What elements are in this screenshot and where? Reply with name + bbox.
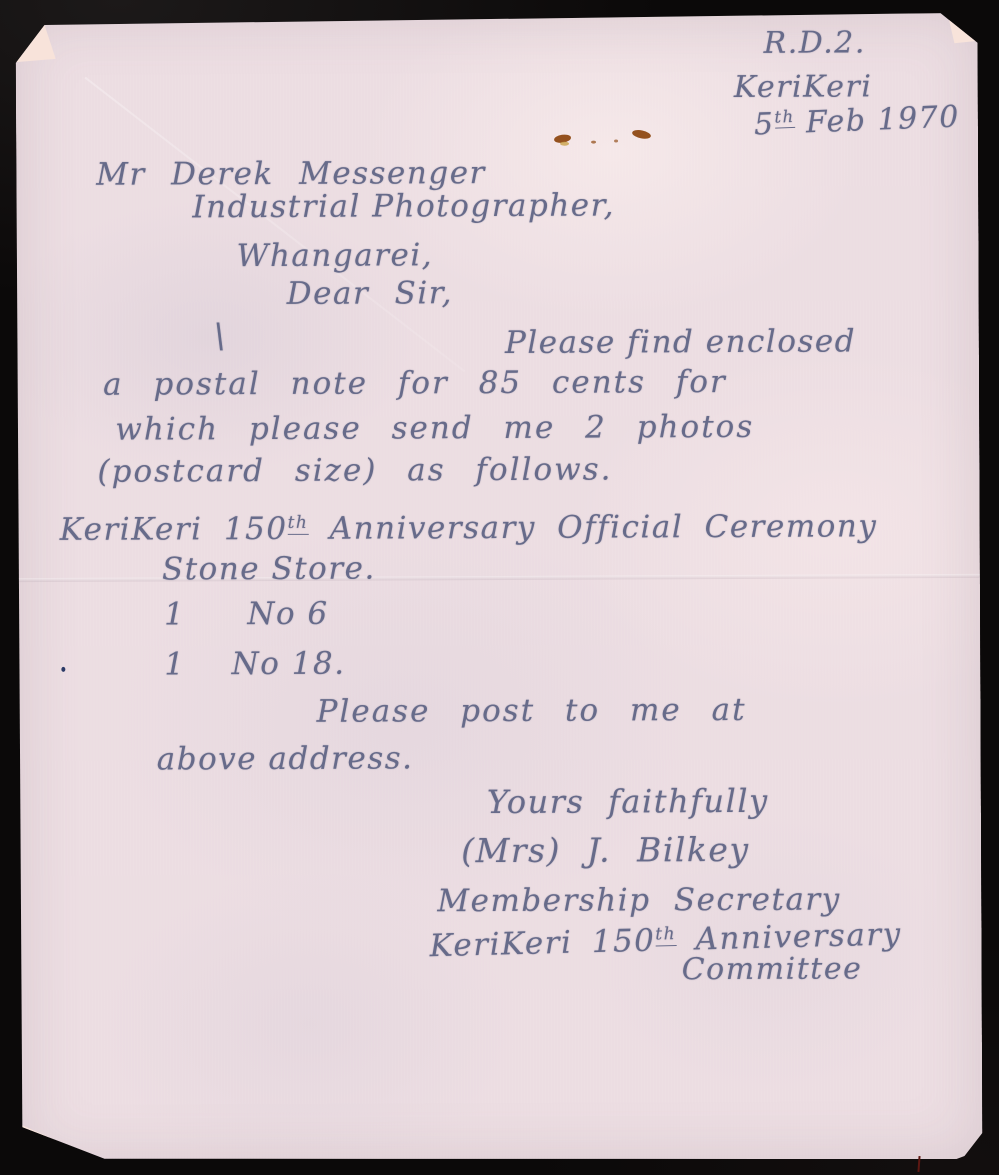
signature: (Mrs) J. Bilkey bbox=[461, 830, 750, 870]
folded-corner-bottom-left bbox=[20, 1121, 108, 1167]
signer-role: Membership Secretary bbox=[437, 882, 841, 920]
date-line: 5th Feb 1970 bbox=[753, 99, 960, 142]
date-month-year: Feb 1970 bbox=[794, 99, 960, 140]
recipient-city: Whangarei, bbox=[236, 237, 433, 274]
order-item-2-qty: 1 bbox=[164, 646, 185, 682]
date-ordinal: th bbox=[774, 107, 795, 129]
order-item-1-qty: 1 bbox=[164, 596, 185, 632]
letter-paper: R.D.2. KeriKeri 5th Feb 1970 Mr Derek Me… bbox=[16, 13, 983, 1163]
order-subheading: Stone Store. bbox=[162, 551, 376, 588]
return-address-line: R.D.2. bbox=[764, 25, 866, 60]
body-paragraph2-line1: Please post to me at bbox=[316, 692, 746, 730]
organisation-prefix: KeriKeri 150 bbox=[429, 923, 656, 965]
body-paragraph1-line3: which please send me 2 photos bbox=[115, 409, 754, 448]
photo-background: R.D.2. KeriKeri 5th Feb 1970 Mr Derek Me… bbox=[0, 0, 999, 1175]
rust-stain bbox=[546, 114, 666, 155]
body-paragraph2-line2: above address. bbox=[157, 740, 414, 777]
salutation: Dear Sir, bbox=[287, 275, 453, 312]
recipient-title: Industrial Photographer, bbox=[192, 187, 615, 225]
organisation-line2: Committee bbox=[682, 951, 863, 987]
order-heading-ordinal: th bbox=[288, 513, 309, 535]
order-heading-rest: Anniversary Official Ceremony bbox=[308, 508, 877, 546]
order-heading-prefix: KeriKeri 150 bbox=[60, 511, 288, 548]
return-address-town: KeriKeri bbox=[734, 69, 873, 105]
order-item-1: 1No 6 bbox=[164, 596, 329, 633]
folded-corner-top-right bbox=[943, 11, 979, 45]
order-heading: KeriKeri 150th Anniversary Official Cere… bbox=[60, 508, 878, 548]
order-item-1-number: No 6 bbox=[247, 596, 329, 632]
recipient-name: Mr Derek Messenger bbox=[96, 155, 486, 193]
stray-pen-mark: \ bbox=[214, 316, 227, 356]
body-paragraph1-line4: (postcard size) as follows. bbox=[97, 452, 612, 490]
ink-speck bbox=[61, 667, 65, 672]
organisation-ordinal: th bbox=[655, 924, 676, 947]
red-thread-mark bbox=[917, 1156, 920, 1172]
valediction: Yours faithfully bbox=[487, 782, 769, 821]
body-paragraph1-line1: Please find enclosed bbox=[505, 323, 856, 361]
order-item-2-number: No 18. bbox=[231, 646, 345, 682]
body-paragraph1-line2: a postal note for 85 cents for bbox=[103, 364, 727, 403]
folded-corner-top-left bbox=[14, 21, 64, 71]
order-item-2: 1No 18. bbox=[164, 646, 345, 683]
date-day: 5 bbox=[753, 107, 775, 143]
